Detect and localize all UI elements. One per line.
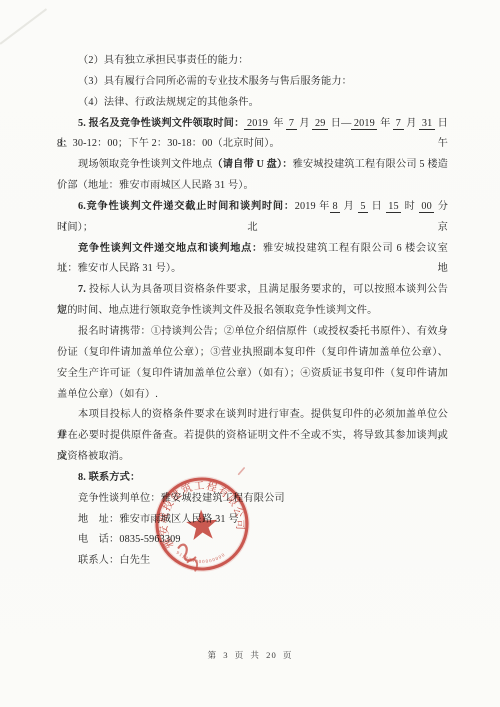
underlined-value: 2019 <box>351 118 377 130</box>
document-line: 竞争性谈判文件递交地点和谈判地点：雅安城投建筑工程有限公司 6 楼会议室（地 <box>57 239 448 260</box>
underlined-value: 29 <box>312 118 328 130</box>
text-segment: （4）法律、行政法规规定的其他条件。 <box>78 97 259 108</box>
bold-text-segment: 竞争性谈判文件递交地点和谈判地点： <box>78 243 263 254</box>
text-segment: 联系人：白先生 <box>78 555 150 566</box>
bold-text-segment: （请自带 U 盘）： <box>212 159 292 170</box>
page-number: 第 3 页 共 20 页 <box>0 649 500 661</box>
text-segment: 2019 年 <box>295 201 330 212</box>
underlined-value: 7 <box>393 118 403 130</box>
underlined-value: 5 <box>358 201 368 213</box>
text-segment: 日— <box>328 118 351 129</box>
document-line: 盖单位公章）（如有）. <box>57 385 448 406</box>
document-line: （2）具有独立承担民事责任的能力： <box>57 51 448 72</box>
document-line: 6.竞争性谈判文件递交截止时间和谈判时间：2019 年8 月 5 日 15 时 … <box>57 197 448 218</box>
document-line: 7. 投标人认为具备项目资格条件要求，且满足服务要求的，可以按照本谈判公告规 <box>57 280 448 301</box>
bold-text-segment: 8. 联系方式： <box>78 472 140 483</box>
bold-text-segment: 7. <box>78 284 89 295</box>
underlined-value: 00 <box>419 201 435 213</box>
seal-smudge-mark <box>238 468 244 474</box>
document-line: 本项目投标人的资格条件要求在谈判时进行审查。提供复印件的必须加盖单位公章， <box>57 405 448 426</box>
document-line: 安全生产许可证（复印件请加盖单位公章）（如有）；④资质证书复印件（复印件请加 <box>57 364 448 385</box>
text-segment: 月 <box>340 201 358 212</box>
star-icon <box>185 508 218 540</box>
text-segment: 盖单位公章）（如有）. <box>57 389 158 400</box>
underlined-value: 2019 <box>244 118 270 130</box>
text-segment: 雅安城投建筑工程有限公司 5 楼造 <box>293 159 448 170</box>
text-segment: 价部（地址：雅安市雨城区人民路 31 号）。 <box>57 180 254 191</box>
company-seal: 雅安城投建筑工程有限公司 911803000000000 <box>142 464 262 584</box>
document-line: 现场领取竞争性谈判文件地点（请自带 U 盘）：雅安城投建筑工程有限公司 5 楼造 <box>57 155 448 176</box>
bold-text-segment: 6.竞争性谈判文件递交截止时间和谈判时间： <box>78 201 295 212</box>
document-line: 价部（地址：雅安市雨城区人民路 31 号）。 <box>57 176 448 197</box>
document-line: （4）法律、行政法规规定的其他条件。 <box>57 93 448 114</box>
text-segment: 时 <box>401 201 419 212</box>
bold-text-segment: 5. 报名及竞争性谈判文件领取时间： <box>78 118 244 129</box>
text-segment: 月 <box>404 118 420 129</box>
document-line: 定的时间、地点进行领取竞争性谈判文件及报名领取竞争性谈判文件。 <box>57 301 448 322</box>
text-segment: 月 <box>297 118 313 129</box>
text-segment: 定的时间、地点进行领取竞争性谈判文件及报名领取竞争性谈判文件。 <box>57 305 377 316</box>
underlined-value: 7 <box>286 118 296 130</box>
document-line: 并在必要时提供原件备查。若提供的资格证明文件不全或不实，将导致其参加谈判或成 <box>57 426 448 447</box>
text-segment: （3）具有履行合同所必需的专业技术服务与售后服务能力： <box>78 76 352 87</box>
text-segment: 年 <box>270 118 286 129</box>
text-segment: 时间）； <box>57 222 93 233</box>
seal-graphics: 雅安城投建筑工程有限公司 911803000000000 <box>153 468 251 573</box>
text-segment: 份证（复印件请加盖单位公章）；③营业执照副本复印件（复印件请加盖单位公章）、 <box>57 347 448 358</box>
text-segment: 址：雅安市人民路 31 号）。 <box>57 263 182 274</box>
document-line: 报名时请携带：①持谈判公告；②单位介绍信原件（或授权委托书原件）、有效身 <box>57 322 448 343</box>
text-segment: 安全生产许可证（复印件请加盖单位公章）（如有）；④资质证书复印件（复印件请加 <box>57 368 448 379</box>
underlined-value: 15 <box>386 201 402 213</box>
document-page: （2）具有独立承担民事责任的能力：（3）具有履行合同所必需的专业技术服务与售后服… <box>0 0 500 707</box>
text-segment: 交资格被取消。 <box>57 451 129 462</box>
text-segment: 8：30-12：00；下午 2：30-18：00（北京时间）。 <box>57 138 280 149</box>
underlined-value: 31 <box>419 118 435 130</box>
document-line: 5. 报名及竞争性谈判文件领取时间：2019 年 7 月 29 日—2019 年… <box>57 114 448 135</box>
text-segment: 日 <box>368 201 386 212</box>
text-segment: 报名时请携带：①持谈判公告；②单位介绍信原件（或授权委托书原件）、有效身 <box>78 326 448 337</box>
text-segment: 年 <box>377 118 393 129</box>
scan-crease-artifact <box>0 8 47 44</box>
underlined-value: 8 <box>330 201 340 213</box>
document-line: 份证（复印件请加盖单位公章）；③营业执照副本复印件（复印件请加盖单位公章）、 <box>57 343 448 364</box>
text-segment: （2）具有独立承担民事责任的能力： <box>78 55 249 66</box>
text-segment: 现场领取竞争性谈判文件地点 <box>78 159 212 170</box>
document-line: （3）具有履行合同所必需的专业技术服务与售后服务能力： <box>57 72 448 93</box>
